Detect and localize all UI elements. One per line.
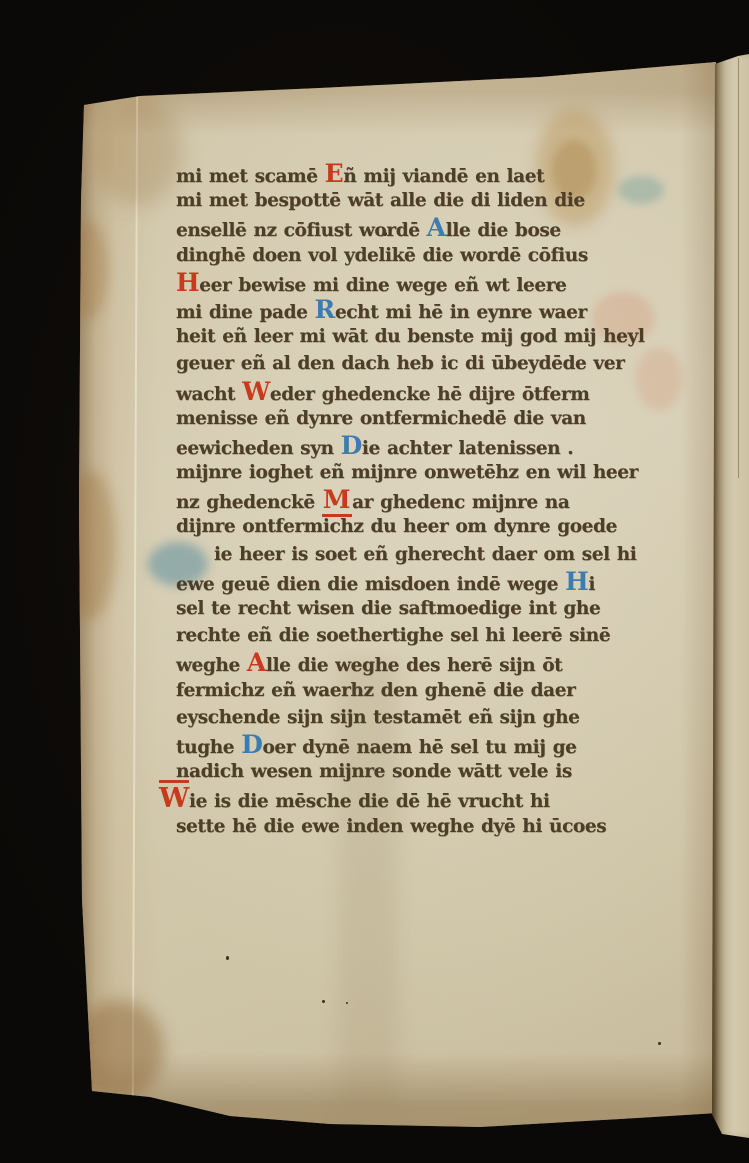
text-segment: mi dine pade xyxy=(176,302,315,323)
text-segment: nadich wesen mijnre sonde wātt vele is xyxy=(176,761,572,782)
illuminated-initial: M xyxy=(322,485,352,517)
manuscript-line: Wie is die mēsche die dē hē vrucht hi xyxy=(176,785,676,812)
text-segment: ensellē nz cōfiust wordē xyxy=(176,220,427,241)
text-segment: ñ mij viandē en laet xyxy=(343,166,544,187)
illuminated-initial: A xyxy=(427,213,446,242)
text-segment: ie is die mēsche die dē hē vrucht hi xyxy=(189,791,550,812)
text-segment: mijnre ioghet eñ mijnre onwetēhz en wil … xyxy=(176,462,638,483)
left-edge-stain xyxy=(64,470,116,620)
text-segment: sel te recht wisen die saftmoedige int g… xyxy=(176,598,600,619)
illuminated-initial: A xyxy=(247,648,266,677)
text-segment: heit eñ leer mi wāt du benste mij god mi… xyxy=(176,326,644,347)
manuscript-line: menisse eñ dynre ontfermichedē die van xyxy=(176,405,676,432)
illuminated-initial: R xyxy=(315,295,335,324)
text-segment: dinghē doen vol ydelikē die wordē cōfius xyxy=(176,245,588,266)
manuscript-line: mi dine pade Recht mi hē in eynre waer xyxy=(176,296,676,323)
bottom-left-edge-stain xyxy=(74,1000,164,1100)
manuscript-line: tughe Doer dynē naem hē sel tu mij ge xyxy=(176,731,676,758)
text-segment: ie heer is soet eñ gherecht daer om sel … xyxy=(214,544,636,565)
text-segment: geuer eñ al den dach heb ic di ūbeydēde … xyxy=(176,353,624,374)
manuscript-line: nadich wesen mijnre sonde wātt vele is xyxy=(176,758,676,785)
text-segment: eder ghedencke hē dijre ōtferm xyxy=(270,384,589,405)
text-segment: sette hē die ewe inden weghe dyē hi ūcoe… xyxy=(176,816,606,837)
text-segment: eewicheden syn xyxy=(176,438,341,459)
text-segment: tughe xyxy=(176,737,241,758)
manuscript-line: mi met bespottē wāt alle die di liden di… xyxy=(176,187,676,214)
manuscript-line: dinghē doen vol ydelikē die wordē cōfius xyxy=(176,242,676,269)
text-segment: nz ghedenckē xyxy=(176,492,322,513)
manuscript-line: ie heer is soet eñ gherecht daer om sel … xyxy=(176,541,676,568)
illuminated-initial: D xyxy=(341,431,362,460)
text-segment: eer bewise mi dine wege eñ wt leere xyxy=(199,275,566,296)
text-segment: ie achter latenissen . xyxy=(362,438,573,459)
text-segment: i xyxy=(588,574,595,595)
manuscript-line: Heer bewise mi dine wege eñ wt leere xyxy=(176,269,676,296)
illuminated-initial: E xyxy=(325,159,344,188)
page-edge-line xyxy=(738,58,739,478)
manuscript-line: mijnre ioghet eñ mijnre onwetēhz en wil … xyxy=(176,459,676,486)
text-segment: menisse eñ dynre ontfermichedē die van xyxy=(176,408,586,429)
illuminated-initial: D xyxy=(241,730,262,759)
manuscript-line: eyschende sijn sijn testamēt eñ sijn ghe xyxy=(176,704,676,731)
manuscript-line: nz ghedenckē Mar ghedenc mijnre na xyxy=(176,486,676,513)
text-segment: dijnre ontfermichz du heer om dynre goed… xyxy=(176,516,617,537)
text-block: mi met scamē Eñ mij viandē en laetmi met… xyxy=(176,160,676,840)
manuscript-line: ewe geuē dien die misdoen indē wege Hi xyxy=(176,568,676,595)
ink-speck xyxy=(658,1042,661,1045)
text-segment: fermichz eñ waerhz den ghenē die daer xyxy=(176,680,575,701)
left-edge-stain xyxy=(66,220,108,320)
manuscript-line: ensellē nz cōfiust wordē Alle die bose xyxy=(176,214,676,241)
manuscript-line: heit eñ leer mi wāt du benste mij god mi… xyxy=(176,323,676,350)
text-segment: mi met bespottē wāt alle die di liden di… xyxy=(176,190,585,211)
text-segment: lle die weghe des herē sijn ōt xyxy=(266,655,562,676)
manuscript-photo: ω mi met scamē Eñ mij viandē en laetmi m… xyxy=(0,0,749,1163)
text-segment: rechte eñ die soethertighe sel hi leerē … xyxy=(176,625,610,646)
text-segment: eyschende sijn sijn testamēt eñ sijn ghe xyxy=(176,707,580,728)
text-segment: lle die bose xyxy=(446,220,561,241)
text-segment: ar ghedenc mijnre na xyxy=(352,492,569,513)
manuscript-page: ω mi met scamē Eñ mij viandē en laetmi m… xyxy=(0,0,749,1163)
text-segment: echt mi hē in eynre waer xyxy=(335,302,587,323)
text-segment: oer dynē naem hē sel tu mij ge xyxy=(262,737,576,758)
illuminated-initial: H xyxy=(565,567,588,596)
manuscript-line: mi met scamē Eñ mij viandē en laet xyxy=(176,160,676,187)
manuscript-line: geuer eñ al den dach heb ic di ūbeydēde … xyxy=(176,350,676,377)
manuscript-line: sette hē die ewe inden weghe dyē hi ūcoe… xyxy=(176,813,676,840)
text-segment: mi met scamē xyxy=(176,166,325,187)
manuscript-line: fermichz eñ waerhz den ghenē die daer xyxy=(176,677,676,704)
manuscript-line: wacht Weder ghedencke hē dijre ōtferm xyxy=(176,378,676,405)
illuminated-initial: W xyxy=(242,377,270,406)
ink-speck xyxy=(322,1000,325,1003)
corner-mark: ω xyxy=(635,55,647,69)
crease-line xyxy=(132,92,138,1096)
next-page-edge xyxy=(712,54,749,1138)
ink-speck xyxy=(226,956,229,960)
text-segment: weghe xyxy=(176,655,247,676)
manuscript-line: weghe Alle die weghe des herē sijn ōt xyxy=(176,649,676,676)
manuscript-line: rechte eñ die soethertighe sel hi leerē … xyxy=(176,622,676,649)
stain-top-left-corner xyxy=(92,96,182,206)
manuscript-line: dijnre ontfermichz du heer om dynre goed… xyxy=(176,513,676,540)
illuminated-initial: W xyxy=(159,780,189,814)
ink-speck xyxy=(346,1002,348,1004)
illuminated-initial: H xyxy=(176,268,199,297)
text-segment: ewe geuē dien die misdoen indē wege xyxy=(176,574,565,595)
text-segment: wacht xyxy=(176,384,242,405)
manuscript-line: eewicheden syn Die achter latenissen . xyxy=(176,432,676,459)
manuscript-line: sel te recht wisen die saftmoedige int g… xyxy=(176,595,676,622)
